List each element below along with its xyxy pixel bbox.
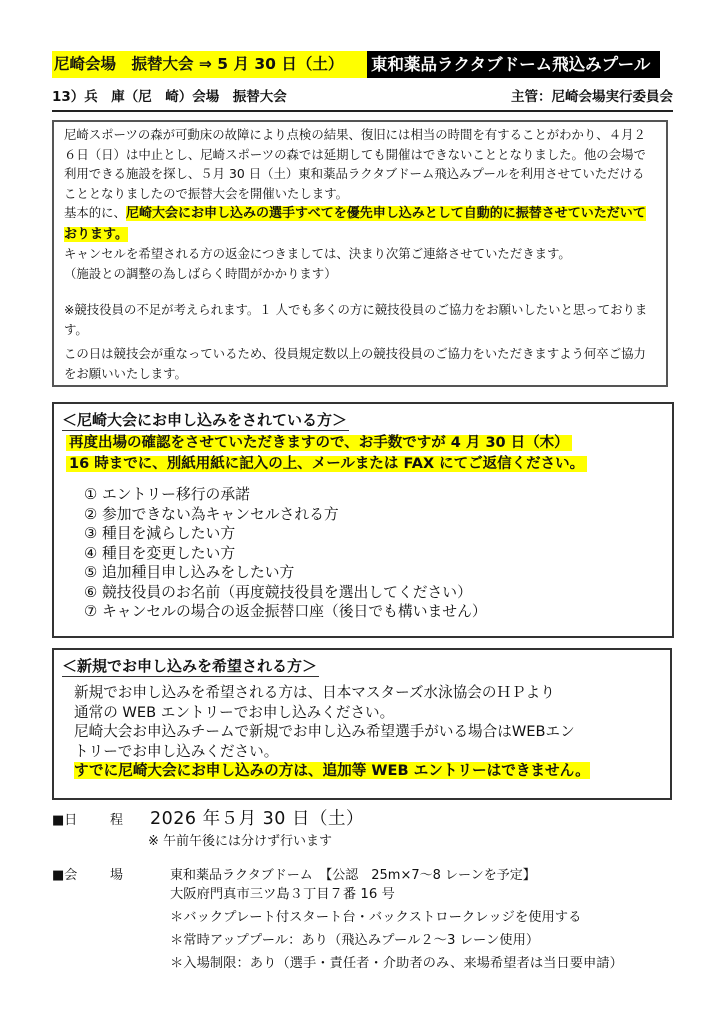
reply-deadline-callout: 再度出場の確認をさせていただきますので、お手数ですが 4 月 30 日（木） 1…: [66, 433, 662, 475]
list-item: ① エントリー移行の承諾: [84, 485, 662, 505]
notice-box: 尼崎スポーツの森が可動床の故障により点検の結果、復旧には相当の時間を有することが…: [52, 120, 668, 387]
venue-name: 東和薬品ラクタブドーム 【公認 25m×7～8 レーンを予定】: [170, 864, 536, 883]
no-additional-entry-warning: すでに尼崎大会にお申し込みの方は、追加等 WEB エントリーはできません。: [74, 761, 660, 781]
new-entrants-line: 通常の WEB エントリーでお申し込みください。: [74, 703, 660, 723]
warning-text: すでに尼崎大会にお申し込みの方は、追加等 WEB エントリーはできません。: [74, 762, 590, 779]
venue-detail: ＊バックプレート付スタート台・バックストロークレッジを使用する: [170, 907, 581, 929]
schedule-label-b: 程: [110, 809, 150, 828]
new-entrants-line: 尼崎大会お申込みチームで新規でお申し込み希望選手がいる場合はWEBエン: [74, 722, 660, 742]
basic-prefix: 基本的に、: [64, 205, 126, 220]
new-entrants-heading: ＜新規でお申し込みを希望される方＞: [62, 656, 319, 677]
list-item: ⑦ キャンセルの場合の返金振替口座（後日でも構いません）: [84, 602, 662, 622]
required-items-list: ① エントリー移行の承諾 ② 参加できない為キャンセルされる方 ③ 種目を減らし…: [84, 485, 662, 622]
spacer: [64, 283, 656, 300]
list-item: ⑤ 追加種目申し込みをしたい方: [84, 563, 662, 583]
new-entrants-box: ＜新規でお申し込みを希望される方＞ 新規でお申し込みを希望される方は、日本マスタ…: [52, 648, 672, 800]
venue-row: ■会 場 東和薬品ラクタブドーム 【公認 25m×7～8 レーンを予定】: [52, 864, 536, 883]
list-item: ③ 種目を減らしたい方: [84, 524, 662, 544]
refund-line: キャンセルを希望される方の返金につきましては、決まり次第ご連絡させていただきます…: [64, 244, 656, 264]
new-entrants-line: トリーでお申し込みください。: [74, 742, 660, 762]
subtitle-bar: 13）兵 庫（尼 崎）会場 振替大会 主管：尼崎会場実行委員会: [52, 86, 673, 112]
meet-name: 13）兵 庫（尼 崎）会場 振替大会: [52, 86, 287, 110]
schedule-date: 2026 年５月 30 日（土）: [150, 805, 364, 830]
callout-line-1: 再度出場の確認をさせていただきますので、お手数ですが 4 月 30 日（木）: [66, 435, 572, 451]
venue-address: 大阪府門真市三ツ島３丁目７番 16 号: [170, 884, 395, 906]
refund-note: （施設との調整の為しばらく時間がかかります）: [64, 264, 656, 284]
auto-transfer-notice: 基本的に、尼崎大会にお申し込みの選手すべてを優先申し込みとして自動的に振替させて…: [64, 203, 656, 244]
venue-label: ■会 場: [52, 864, 170, 883]
title-bar: 尼崎会場 振替大会 ⇒ 5 月 30 日（土） 東和薬品ラクタブドーム飛込みプー…: [52, 51, 660, 78]
venue-detail: ＊入場制限：あり（選手・責任者・介助者のみ、来場希望者は当日要申請）: [170, 953, 623, 975]
list-item: ② 参加できない為キャンセルされる方: [84, 505, 662, 525]
schedule-label-a: ■日: [52, 809, 110, 828]
schedule-row: ■日 程 2026 年５月 30 日（土）: [52, 805, 364, 830]
existing-entrants-heading: ＜尼崎大会にお申し込みをされている方＞: [62, 410, 349, 431]
existing-entrants-box: ＜尼崎大会にお申し込みをされている方＞ 再度出場の確認をさせていただきますので、…: [52, 402, 674, 638]
venue-label-b: 場: [110, 864, 170, 883]
officials-request: この日は競技会が重なっているため、役員規定数以上の競技役員のご協力をいただきます…: [64, 344, 656, 384]
callout-line-2: 16 時までに、別紙用紙に記入の上、メールまたは FAX にてご返信ください。: [66, 456, 587, 472]
new-entrants-line: 新規でお申し込みを希望される方は、日本マスターズ水泳協会のＨＰより: [74, 683, 660, 703]
organizer: 主管：尼崎会場実行委員会: [511, 86, 673, 110]
new-entrants-body: 新規でお申し込みを希望される方は、日本マスターズ水泳協会のＨＰより 通常の WE…: [74, 683, 660, 781]
venue-detail: ＊常時アッププール：あり（飛込みプール２～3 レーン使用）: [170, 930, 539, 952]
list-item: ④ 種目を変更したい方: [84, 544, 662, 564]
schedule-note: ※ 午前午後には分けず行います: [148, 830, 332, 849]
officials-note: ※競技役員の不足が考えられます。１ 人でも多くの方に競技役員のご協力をお願いした…: [64, 300, 656, 340]
auto-transfer-highlight: 尼崎大会にお申し込みの選手すべてを優先申し込みとして自動的に振替させていただいて…: [64, 206, 646, 242]
venue-label-a: ■会: [52, 864, 110, 883]
title-highlight: 尼崎会場 振替大会 ⇒ 5 月 30 日（土）: [52, 51, 367, 78]
list-item: ⑥ 競技役員のお名前（再度競技役員を選出してください）: [84, 583, 662, 603]
notice-paragraph: 尼崎スポーツの森が可動床の故障により点検の結果、復旧には相当の時間を有することが…: [64, 125, 656, 203]
schedule-label: ■日 程: [52, 809, 150, 828]
title-venue: 東和薬品ラクタブドーム飛込みプール: [367, 51, 660, 78]
